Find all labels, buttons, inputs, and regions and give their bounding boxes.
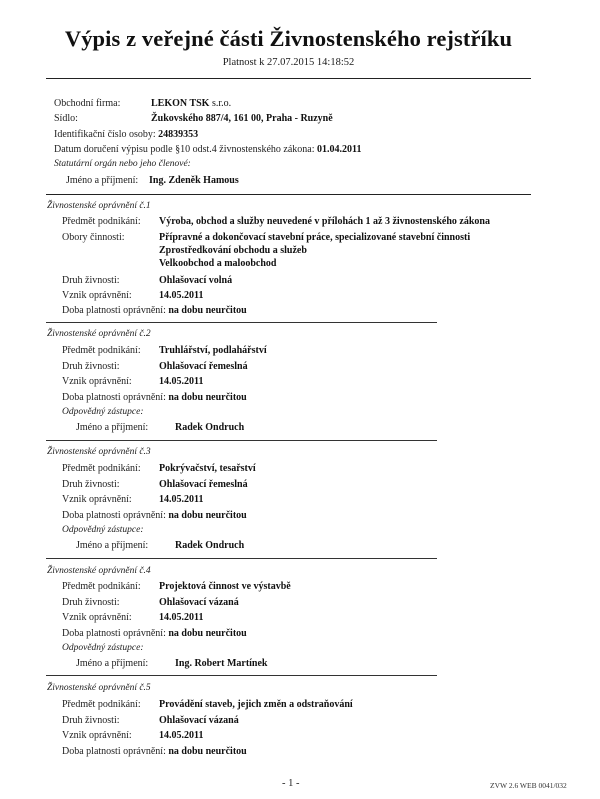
delivery-date-row: Datum doručení výpisu podle §10 odst.4 ž… [54, 143, 361, 156]
permit-validity-value: na dobu neurčitou [168, 746, 246, 757]
permit-validity-value: na dobu neurčitou [168, 305, 246, 316]
representative-heading: Odpovědný zástupce: [62, 406, 144, 419]
permit-subject-value: Výroba, obchod a služby neuvedené v příl… [159, 215, 490, 228]
statutory-name-label: Jméno a příjmení: [66, 174, 138, 187]
permit-validity-row: Doba platnosti oprávnění: na dobu neurči… [62, 745, 247, 758]
permit-validity-label: Doba platnosti oprávnění: [62, 510, 168, 521]
permit-validity-row: Doba platnosti oprávnění: na dobu neurči… [62, 391, 247, 404]
permit-origin-value: 14.05.2011 [159, 289, 203, 302]
permit-subject-label: Předmět podnikání: [62, 580, 141, 593]
delivery-date-label: Datum doručení výpisu podle §10 odst.4 ž… [54, 144, 317, 155]
page-title: Výpis z veřejné části Živnostenského rej… [0, 26, 577, 52]
permit-validity-label: Doba platnosti oprávnění: [62, 305, 168, 316]
permit-origin-label: Vznik oprávnění: [62, 289, 132, 302]
permit-subject-label: Předmět podnikání: [62, 344, 141, 357]
document-code: ZVW 2.6 WEB 0041/032 [490, 781, 567, 790]
section-divider [46, 440, 437, 441]
permit-validity-row: Doba platnosti oprávnění: na dobu neurči… [62, 509, 247, 522]
permit-origin-label: Vznik oprávnění: [62, 493, 132, 506]
permit-title: Živnostenské oprávnění č.4 [47, 566, 151, 576]
company-seat-label: Sídlo: [54, 112, 78, 125]
permit-origin-label: Vznik oprávnění: [62, 729, 132, 742]
permit-trade-type-value: Ohlašovací řemeslná [159, 478, 248, 491]
permit-validity-label: Doba platnosti oprávnění: [62, 392, 168, 403]
permit-validity-row: Doba platnosti oprávnění: na dobu neurči… [62, 627, 247, 640]
permit-field-item: Přípravné a dokončovací stavební práce, … [159, 231, 470, 244]
permit-origin-value: 14.05.2011 [159, 611, 203, 624]
permit-title: Živnostenské oprávnění č.2 [47, 329, 151, 339]
permit-subject-value: Provádění staveb, jejich změn a odstraňo… [159, 698, 353, 711]
permit-subject-value: Projektová činnost ve výstavbě [159, 580, 291, 593]
permit-origin-label: Vznik oprávnění: [62, 611, 132, 624]
representative-heading: Odpovědný zástupce: [62, 524, 144, 537]
representative-name-label: Jméno a příjmení: [76, 421, 148, 434]
permit-field-item: Zprostředkování obchodu a služeb [159, 244, 307, 257]
page-number: - 1 - [282, 778, 300, 789]
company-name-bold: LEKON TSK [151, 98, 209, 109]
permit-trade-type-label: Druh živnosti: [62, 478, 120, 491]
permit-origin-value: 14.05.2011 [159, 375, 203, 388]
header-divider [46, 78, 531, 79]
permit-trade-type-label: Druh živnosti: [62, 274, 120, 287]
section-divider [46, 322, 437, 323]
delivery-date-value: 01.04.2011 [317, 144, 361, 155]
permit-subject-label: Předmět podnikání: [62, 462, 141, 475]
section-divider [46, 558, 437, 559]
company-name-label: Obchodní firma: [54, 97, 120, 110]
permit-trade-type-value: Ohlašovací volná [159, 274, 232, 287]
permit-subject-value: Pokrývačství, tesařství [159, 462, 256, 475]
representative-name-label: Jméno a příjmení: [76, 657, 148, 670]
permit-subject-label: Předmět podnikání: [62, 215, 141, 228]
permit-fields-label: Obory činnosti: [62, 231, 125, 244]
section-divider [46, 675, 437, 676]
permit-field-item: Velkoobchod a maloobchod [159, 257, 276, 270]
permit-trade-type-label: Druh živnosti: [62, 596, 120, 609]
representative-name-value: Ing. Robert Martínek [175, 657, 268, 670]
permit-origin-value: 14.05.2011 [159, 729, 203, 742]
company-name-value: LEKON TSK s.r.o. [151, 97, 231, 110]
permit-validity-label: Doba platnosti oprávnění: [62, 628, 168, 639]
permit-validity-value: na dobu neurčitou [168, 392, 246, 403]
company-id-label: Identifikační číslo osoby: [54, 129, 158, 140]
permit-subject-label: Předmět podnikání: [62, 698, 141, 711]
permit-trade-type-value: Ohlašovací vázaná [159, 596, 239, 609]
permit-trade-type-value: Ohlašovací řemeslná [159, 360, 248, 373]
permit-trade-type-label: Druh živnosti: [62, 714, 120, 727]
representative-name-value: Radek Ondruch [175, 539, 244, 552]
permit-subject-value: Truhlářství, podlahářství [159, 344, 267, 357]
statutory-heading: Statutární orgán nebo jeho členové: [54, 158, 191, 171]
company-id-row: Identifikační číslo osoby: 24839353 [54, 128, 198, 141]
permit-title: Živnostenské oprávnění č.1 [47, 201, 151, 211]
representative-name-label: Jméno a příjmení: [76, 539, 148, 552]
company-id-value: 24839353 [158, 129, 198, 140]
company-seat-value: Žukovského 887/4, 161 00, Praha - Ruzyně [151, 112, 333, 125]
permit-origin-label: Vznik oprávnění: [62, 375, 132, 388]
permit-validity-value: na dobu neurčitou [168, 628, 246, 639]
representative-heading: Odpovědný zástupce: [62, 642, 144, 655]
permit-origin-value: 14.05.2011 [159, 493, 203, 506]
section-divider [46, 194, 531, 195]
permit-title: Živnostenské oprávnění č.5 [47, 683, 151, 693]
permit-trade-type-label: Druh živnosti: [62, 360, 120, 373]
company-legal-form: s.r.o. [209, 98, 231, 109]
statutory-name-value: Ing. Zdeněk Hamous [149, 174, 239, 187]
permit-validity-value: na dobu neurčitou [168, 510, 246, 521]
permit-validity-row: Doba platnosti oprávnění: na dobu neurči… [62, 304, 247, 317]
permit-trade-type-value: Ohlašovací vázaná [159, 714, 239, 727]
validity-timestamp: Platnost k 27.07.2015 14:18:52 [0, 57, 577, 68]
permit-title: Živnostenské oprávnění č.3 [47, 447, 151, 457]
permit-validity-label: Doba platnosti oprávnění: [62, 746, 168, 757]
representative-name-value: Radek Ondruch [175, 421, 244, 434]
